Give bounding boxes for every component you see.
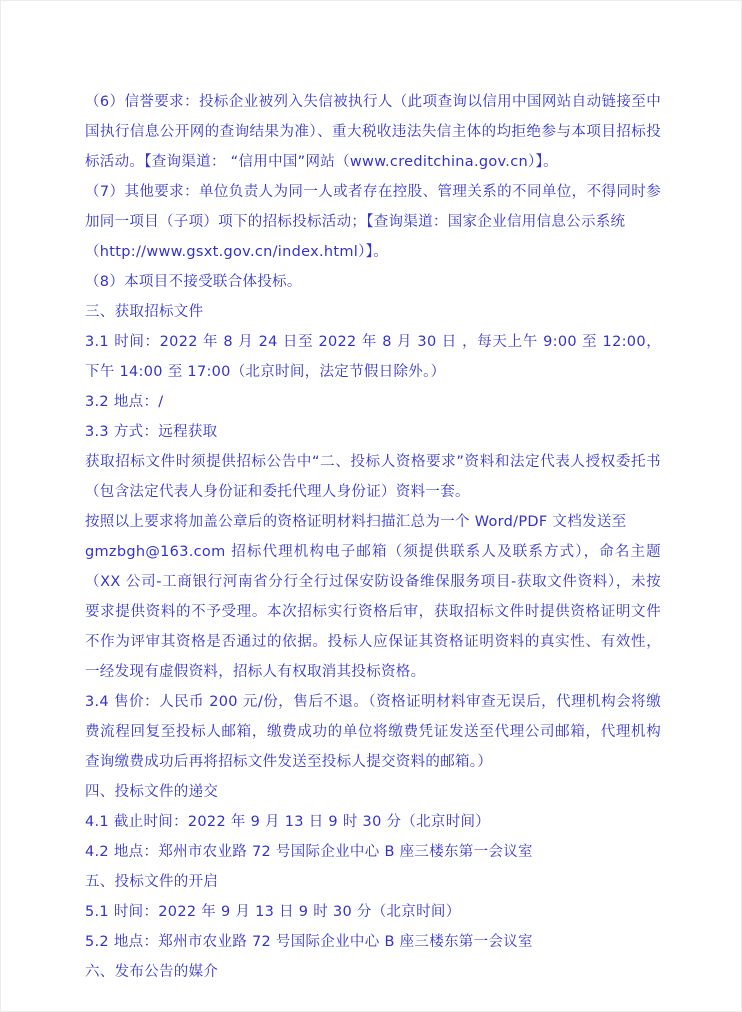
para-5-1-time: 5.1 时间：2022 年 9 月 13 日 9 时 30 分（北京时间） (85, 897, 661, 927)
para-3-3-method: 3.3 方式：远程获取 (85, 417, 661, 447)
para-3-1-time: 3.1 时间：2022 年 8 月 24 日至 2022 年 8 月 30 日 … (85, 327, 661, 387)
para-5-2-location: 5.2 地点：郑州市农业路 72 号国际企业中心 B 座三楼东第一会议室 (85, 927, 661, 957)
para-3-2-location: 3.2 地点：/ (85, 387, 661, 417)
para-seal-scan-requirement: 按照以上要求将加盖公章后的资格证明材料扫描汇总为一个 Word/PDF 文档发送… (85, 507, 661, 537)
heading-section3-obtain-bid-documents: 三、获取招标文件 (85, 297, 661, 327)
para-item7-other-requirement: （7）其他要求：单位负责人为同一人或者存在控股、管理关系的不同单位，不得同时参加… (85, 177, 661, 237)
para-item7-url-line: （http://www.gsxt.gov.cn/index.html）】。 (85, 237, 661, 267)
para-4-2-location: 4.2 地点：郑州市农业路 72 号国际企业中心 B 座三楼东第一会议室 (85, 837, 661, 867)
para-item6-credit-requirement: （6）信誉要求：投标企业被列入失信被执行人（此项查询以信用中国网站自动链接至中国… (85, 87, 661, 177)
para-email-submission-detail: gmzbgh@163.com 招标代理机构电子邮箱（须提供联系人及联系方式），命… (85, 537, 661, 687)
para-qualification-materials: 获取招标文件时须提供招标公告中“二、投标人资格要求”资料和法定代表人授权委托书（… (85, 447, 661, 507)
para-4-1-deadline: 4.1 截止时间：2022 年 9 月 13 日 9 时 30 分（北京时间） (85, 807, 661, 837)
para-3-4-price: 3.4 售价：人民币 200 元/份，售后不退。（资格证明材料审查无误后，代理机… (85, 687, 661, 777)
para-item8-no-consortium: （8）本项目不接受联合体投标。 (85, 267, 661, 297)
heading-section6-announcement-media: 六、发布公告的媒介 (85, 957, 661, 987)
heading-section5-bid-opening: 五、投标文件的开启 (85, 867, 661, 897)
document-page: { "page": { "background_color": "#ffffff… (0, 0, 742, 1012)
heading-section4-bid-submission: 四、投标文件的递交 (85, 777, 661, 807)
document-body: （6）信誉要求：投标企业被列入失信被执行人（此项查询以信用中国网站自动链接至中国… (85, 87, 661, 987)
